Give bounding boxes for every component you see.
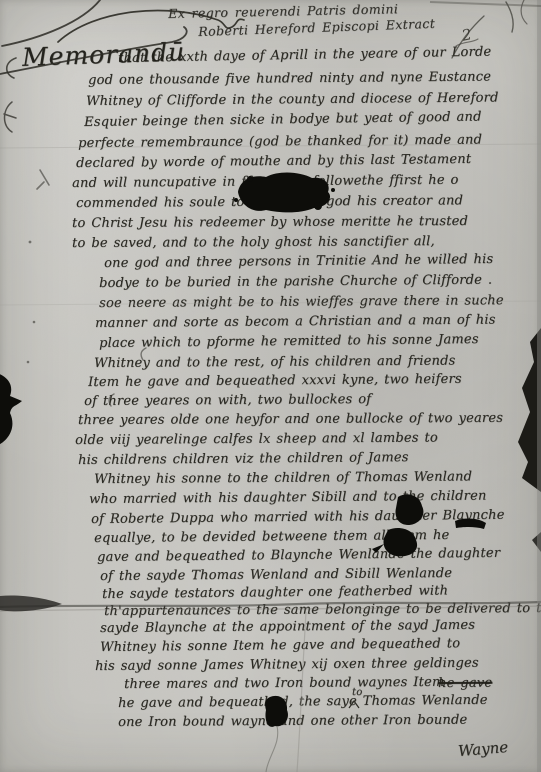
manuscript-line: three mares and two Iron bound waynes It… <box>124 676 445 691</box>
manuscript-line: manner and sorte as becom a Christian an… <box>95 314 496 330</box>
manuscript-line: to be saved, and to the holy ghost his s… <box>72 235 435 250</box>
manuscript-line: th'appurtenaunces to the same belonginge… <box>104 602 541 618</box>
manuscript-line: Esquier beinge then sicke in bodye but y… <box>84 110 482 129</box>
manuscript-line: one god and three persons in Trinitie An… <box>104 253 493 270</box>
manuscript-line: and will nuncupative in fforme as follow… <box>72 174 459 190</box>
manuscript-line: who married with his daughter Sibill and… <box>89 490 487 506</box>
manuscript-line: sayde Blaynche at the appointment of the… <box>100 619 475 635</box>
manuscript-line: of three yeares on with, two bullockes o… <box>84 393 371 408</box>
manuscript-line: Item he gave and bequeathed xxxvi kyne, … <box>88 373 462 389</box>
manuscript-line: his childrens children viz the children … <box>78 451 409 467</box>
manuscript-line: bodye to be buried in the parishe Church… <box>99 274 492 290</box>
manuscript-line: the sayde testators daughter one feather… <box>102 584 448 601</box>
manuscript-line: olde viij yearelinge calfes lx sheep and… <box>75 431 438 447</box>
manuscript-line: one Iron bound wayne and one other Iron … <box>118 714 467 729</box>
manuscript-line: his sayd sonne James Whitney xij oxen th… <box>95 657 479 673</box>
manuscript-line: Whitney his sonne to the children of Tho… <box>94 470 472 486</box>
manuscript-line: Whitney of Clifforde in the county and d… <box>86 91 499 108</box>
manuscript-line: gave and bequeathed to Blaynche Wenlande… <box>97 547 500 564</box>
manuscript-line: three yeares olde one heyfor and one bul… <box>78 412 503 427</box>
manuscript-line: god one thousande five hundred ninty and… <box>88 70 491 87</box>
manuscript-lines: that the xxth daye of Aprill in the year… <box>0 0 541 772</box>
manuscript-line: soe neere as might be to his wieffes gra… <box>99 294 504 310</box>
manuscript-line: of Roberte Duppa who married with his da… <box>91 509 505 526</box>
manuscript-line: perfecte remembraunce (god be thanked fo… <box>78 133 482 150</box>
manuscript-line: that the xxth daye of Aprill in the year… <box>118 45 491 65</box>
manuscript-line: he gave and bequeathed, the saye Thomas … <box>118 694 488 710</box>
manuscript-line: Whitney his sonne Item he gave and beque… <box>100 637 460 654</box>
manuscript-line: to Christ Jesu his redeemer by whose mer… <box>72 215 468 230</box>
manuscript-line: he gave <box>438 677 492 690</box>
manuscript-line: equallye, to be devided betweene them al… <box>94 529 449 545</box>
manuscript-line: commended his soule to Allmightie god hi… <box>76 194 463 210</box>
manuscript-line: Whitney and to the rest, of his children… <box>94 354 456 370</box>
manuscript-line: of the sayde Thomas Wenland and Sibill W… <box>100 567 452 583</box>
manuscript-line: declared by worde of mouthe and by this … <box>76 153 471 170</box>
manuscript-page: Ex regro reuerendi Patris domini Roberti… <box>0 0 541 772</box>
manuscript-line: place which to pforme he remitted to his… <box>99 333 479 350</box>
